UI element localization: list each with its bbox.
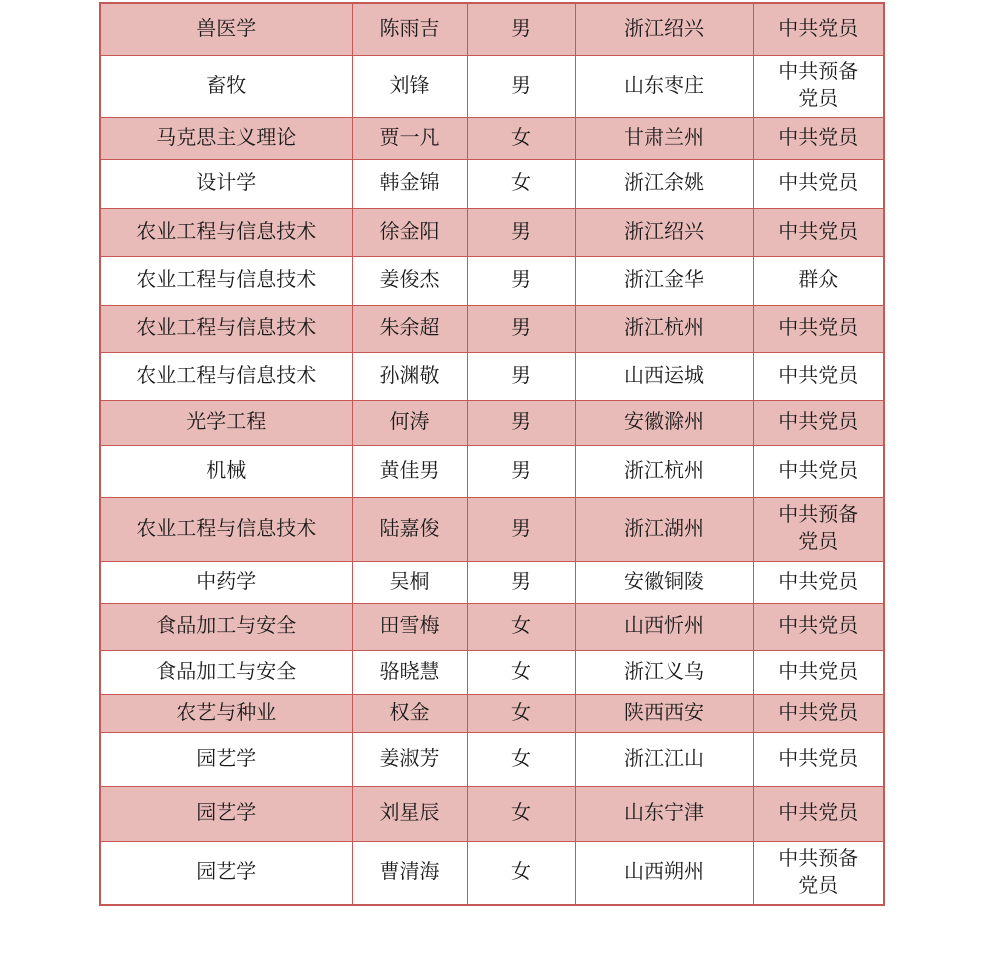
cell-gender: 女 xyxy=(467,159,575,208)
cell-gender: 女 xyxy=(467,694,575,732)
cell-major: 农业工程与信息技术 xyxy=(100,208,352,256)
cell-major: 马克思主义理论 xyxy=(100,117,352,159)
cell-political-status: 中共党员 xyxy=(753,445,884,497)
cell-name: 姜俊杰 xyxy=(352,256,467,305)
table-row: 农艺与种业权金女陕西西安中共党员 xyxy=(100,694,884,732)
cell-political-status: 中共预备 党员 xyxy=(753,55,884,117)
cell-major: 农艺与种业 xyxy=(100,694,352,732)
cell-hometown: 浙江杭州 xyxy=(575,305,753,352)
cell-hometown: 浙江金华 xyxy=(575,256,753,305)
cell-major: 兽医学 xyxy=(100,3,352,55)
cell-gender: 男 xyxy=(467,305,575,352)
cell-political-status: 中共党员 xyxy=(753,561,884,603)
student-roster-table: 兽医学陈雨吉男浙江绍兴中共党员畜牧刘锋男山东枣庄中共预备 党员马克思主义理论贾一… xyxy=(99,2,885,906)
table-row: 农业工程与信息技术孙渊敬男山西运城中共党员 xyxy=(100,352,884,400)
cell-major: 园艺学 xyxy=(100,732,352,786)
table-row: 农业工程与信息技术陆嘉俊男浙江湖州中共预备 党员 xyxy=(100,497,884,561)
cell-major: 农业工程与信息技术 xyxy=(100,305,352,352)
cell-major: 光学工程 xyxy=(100,400,352,445)
cell-hometown: 山西忻州 xyxy=(575,603,753,650)
cell-hometown: 浙江余姚 xyxy=(575,159,753,208)
cell-hometown: 浙江绍兴 xyxy=(575,208,753,256)
cell-name: 陆嘉俊 xyxy=(352,497,467,561)
cell-name: 朱余超 xyxy=(352,305,467,352)
table-row: 农业工程与信息技术徐金阳男浙江绍兴中共党员 xyxy=(100,208,884,256)
cell-hometown: 浙江湖州 xyxy=(575,497,753,561)
cell-political-status: 中共党员 xyxy=(753,3,884,55)
cell-hometown: 山西朔州 xyxy=(575,841,753,905)
cell-name: 徐金阳 xyxy=(352,208,467,256)
cell-name: 何涛 xyxy=(352,400,467,445)
cell-gender: 男 xyxy=(467,497,575,561)
cell-name: 曹清海 xyxy=(352,841,467,905)
cell-hometown: 浙江江山 xyxy=(575,732,753,786)
cell-gender: 男 xyxy=(467,3,575,55)
cell-name: 刘锋 xyxy=(352,55,467,117)
cell-major: 农业工程与信息技术 xyxy=(100,497,352,561)
cell-gender: 男 xyxy=(467,400,575,445)
cell-gender: 男 xyxy=(467,256,575,305)
table-row: 中药学吴桐男安徽铜陵中共党员 xyxy=(100,561,884,603)
table-body: 兽医学陈雨吉男浙江绍兴中共党员畜牧刘锋男山东枣庄中共预备 党员马克思主义理论贾一… xyxy=(100,3,884,905)
cell-political-status: 中共党员 xyxy=(753,732,884,786)
cell-gender: 男 xyxy=(467,561,575,603)
cell-gender: 女 xyxy=(467,841,575,905)
cell-gender: 女 xyxy=(467,650,575,694)
cell-gender: 女 xyxy=(467,732,575,786)
cell-political-status: 中共党员 xyxy=(753,352,884,400)
table-row: 设计学韩金锦女浙江余姚中共党员 xyxy=(100,159,884,208)
cell-political-status: 中共预备 党员 xyxy=(753,841,884,905)
cell-major: 机械 xyxy=(100,445,352,497)
cell-name: 田雪梅 xyxy=(352,603,467,650)
cell-major: 园艺学 xyxy=(100,786,352,841)
cell-name: 骆晓慧 xyxy=(352,650,467,694)
table-row: 马克思主义理论贾一凡女甘肃兰州中共党员 xyxy=(100,117,884,159)
cell-name: 贾一凡 xyxy=(352,117,467,159)
cell-name: 黄佳男 xyxy=(352,445,467,497)
cell-name: 吴桐 xyxy=(352,561,467,603)
cell-political-status: 群众 xyxy=(753,256,884,305)
table-row: 光学工程何涛男安徽滁州中共党员 xyxy=(100,400,884,445)
cell-gender: 女 xyxy=(467,117,575,159)
table-row: 园艺学姜淑芳女浙江江山中共党员 xyxy=(100,732,884,786)
cell-major: 园艺学 xyxy=(100,841,352,905)
cell-political-status: 中共党员 xyxy=(753,208,884,256)
cell-name: 姜淑芳 xyxy=(352,732,467,786)
cell-gender: 男 xyxy=(467,445,575,497)
cell-hometown: 陕西西安 xyxy=(575,694,753,732)
cell-major: 中药学 xyxy=(100,561,352,603)
cell-political-status: 中共党员 xyxy=(753,603,884,650)
cell-hometown: 浙江杭州 xyxy=(575,445,753,497)
cell-gender: 男 xyxy=(467,352,575,400)
cell-hometown: 安徽滁州 xyxy=(575,400,753,445)
cell-major: 农业工程与信息技术 xyxy=(100,352,352,400)
cell-major: 畜牧 xyxy=(100,55,352,117)
table-row: 园艺学曹清海女山西朔州中共预备 党员 xyxy=(100,841,884,905)
cell-hometown: 山东宁津 xyxy=(575,786,753,841)
cell-hometown: 浙江绍兴 xyxy=(575,3,753,55)
cell-gender: 男 xyxy=(467,208,575,256)
cell-hometown: 浙江义乌 xyxy=(575,650,753,694)
document-page: 兽医学陈雨吉男浙江绍兴中共党员畜牧刘锋男山东枣庄中共预备 党员马克思主义理论贾一… xyxy=(0,0,993,979)
table-row: 园艺学刘星辰女山东宁津中共党员 xyxy=(100,786,884,841)
table-row: 畜牧刘锋男山东枣庄中共预备 党员 xyxy=(100,55,884,117)
table-row: 农业工程与信息技术朱余超男浙江杭州中共党员 xyxy=(100,305,884,352)
cell-gender: 男 xyxy=(467,55,575,117)
cell-political-status: 中共预备 党员 xyxy=(753,497,884,561)
cell-name: 权金 xyxy=(352,694,467,732)
cell-name: 刘星辰 xyxy=(352,786,467,841)
table-row: 食品加工与安全骆晓慧女浙江义乌中共党员 xyxy=(100,650,884,694)
cell-name: 陈雨吉 xyxy=(352,3,467,55)
cell-name: 韩金锦 xyxy=(352,159,467,208)
cell-political-status: 中共党员 xyxy=(753,694,884,732)
cell-political-status: 中共党员 xyxy=(753,117,884,159)
cell-political-status: 中共党员 xyxy=(753,650,884,694)
cell-name: 孙渊敬 xyxy=(352,352,467,400)
cell-major: 食品加工与安全 xyxy=(100,650,352,694)
cell-major: 食品加工与安全 xyxy=(100,603,352,650)
table-row: 食品加工与安全田雪梅女山西忻州中共党员 xyxy=(100,603,884,650)
cell-major: 农业工程与信息技术 xyxy=(100,256,352,305)
cell-gender: 女 xyxy=(467,603,575,650)
cell-major: 设计学 xyxy=(100,159,352,208)
cell-hometown: 甘肃兰州 xyxy=(575,117,753,159)
cell-gender: 女 xyxy=(467,786,575,841)
table-row: 农业工程与信息技术姜俊杰男浙江金华群众 xyxy=(100,256,884,305)
table-row: 机械黄佳男男浙江杭州中共党员 xyxy=(100,445,884,497)
cell-hometown: 山东枣庄 xyxy=(575,55,753,117)
cell-political-status: 中共党员 xyxy=(753,159,884,208)
cell-political-status: 中共党员 xyxy=(753,305,884,352)
table-row: 兽医学陈雨吉男浙江绍兴中共党员 xyxy=(100,3,884,55)
cell-hometown: 安徽铜陵 xyxy=(575,561,753,603)
cell-political-status: 中共党员 xyxy=(753,786,884,841)
cell-hometown: 山西运城 xyxy=(575,352,753,400)
cell-political-status: 中共党员 xyxy=(753,400,884,445)
